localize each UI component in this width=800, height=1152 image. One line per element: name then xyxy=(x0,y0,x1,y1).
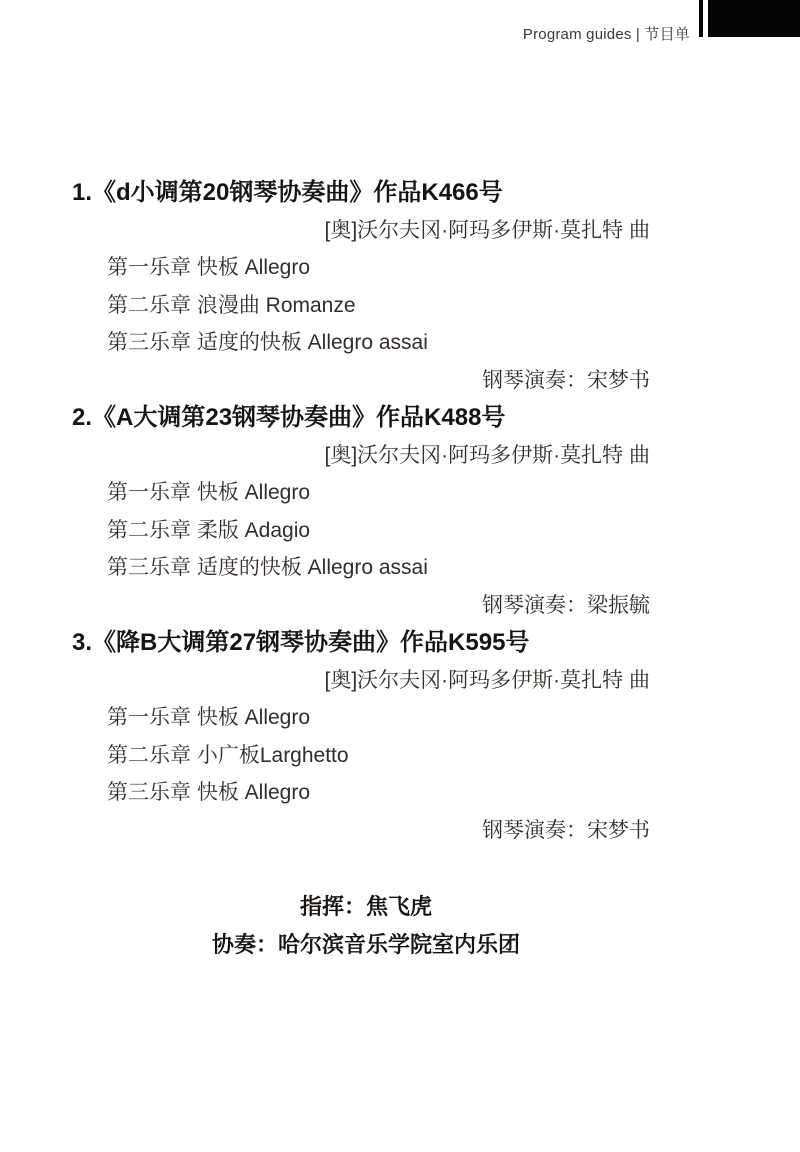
credits-footer: 指挥：焦飞虎 协奏：哈尔滨音乐学院室内乐团 xyxy=(0,888,732,964)
conductor-credit: 指挥：焦飞虎 xyxy=(0,888,732,926)
composer-credit: [奥]沃尔夫冈·阿玛多伊斯·莫扎特 曲 xyxy=(72,662,650,700)
header-accent-block xyxy=(708,0,800,37)
program-item-title: 3.《降B大调第27钢琴协奏曲》作品K595号 xyxy=(72,624,650,662)
program-item: 3.《降B大调第27钢琴协奏曲》作品K595号 [奥]沃尔夫冈·阿玛多伊斯·莫扎… xyxy=(72,624,650,849)
movement-line: 第一乐章 快板 Allegro xyxy=(72,474,650,512)
movement-line: 第二乐章 小广板Larghetto xyxy=(72,737,650,775)
pianist-credit: 钢琴演奏：梁振毓 xyxy=(72,587,650,625)
movement-line: 第三乐章 适度的快板 Allegro assai xyxy=(72,324,650,362)
composer-credit: [奥]沃尔夫冈·阿玛多伊斯·莫扎特 曲 xyxy=(72,437,650,475)
movement-line: 第二乐章 浪漫曲 Romanze xyxy=(72,287,650,325)
header-accent-bar xyxy=(699,0,703,37)
program-list: 1.《d小调第20钢琴协奏曲》作品K466号 [奥]沃尔夫冈·阿玛多伊斯·莫扎特… xyxy=(72,174,650,849)
pianist-credit: 钢琴演奏：宋梦书 xyxy=(72,362,650,400)
pianist-credit: 钢琴演奏：宋梦书 xyxy=(72,812,650,850)
program-item-title: 1.《d小调第20钢琴协奏曲》作品K466号 xyxy=(72,174,650,212)
movement-line: 第三乐章 快板 Allegro xyxy=(72,774,650,812)
composer-credit: [奥]沃尔夫冈·阿玛多伊斯·莫扎特 曲 xyxy=(72,212,650,250)
header-label: Program guides | 节目单 xyxy=(523,23,690,44)
movement-line: 第三乐章 适度的快板 Allegro assai xyxy=(72,549,650,587)
program-item: 1.《d小调第20钢琴协奏曲》作品K466号 [奥]沃尔夫冈·阿玛多伊斯·莫扎特… xyxy=(72,174,650,399)
movement-line: 第二乐章 柔版 Adagio xyxy=(72,512,650,550)
movement-line: 第一乐章 快板 Allegro xyxy=(72,249,650,287)
movement-line: 第一乐章 快板 Allegro xyxy=(72,699,650,737)
program-item-title: 2.《A大调第23钢琴协奏曲》作品K488号 xyxy=(72,399,650,437)
program-item: 2.《A大调第23钢琴协奏曲》作品K488号 [奥]沃尔夫冈·阿玛多伊斯·莫扎特… xyxy=(72,399,650,624)
accompaniment-credit: 协奏：哈尔滨音乐学院室内乐团 xyxy=(0,926,732,964)
